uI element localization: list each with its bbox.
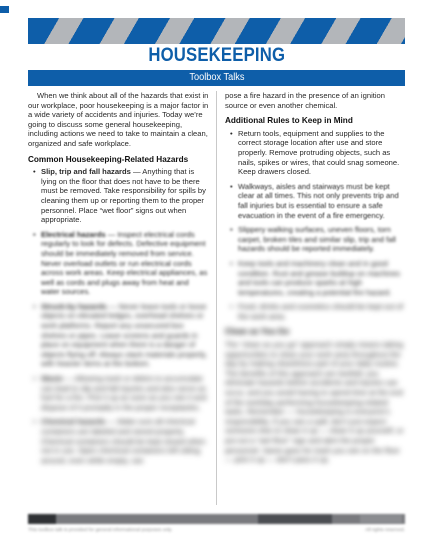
page-title-text: HOUSEKEEPING bbox=[148, 45, 285, 67]
hazard-bullet-item: Chemical hazards — Make sure all chemica… bbox=[28, 417, 209, 465]
hazard-bullet-item: Slip, trip and fall hazards — Anything t… bbox=[28, 167, 209, 225]
closing-paragraph: The “clean as you go” approach simply me… bbox=[225, 340, 405, 465]
footer-bar-main-segment bbox=[56, 514, 405, 524]
subtitle-bar: Toolbox Talks bbox=[28, 70, 405, 86]
bullet-body-text: Keep tools and machinery clean and in go… bbox=[238, 259, 400, 297]
bullet-body-text: — Never leave tools or loose objects on … bbox=[41, 302, 207, 369]
hazard-bullet-item: Electrical hazards — Inspect electrical … bbox=[28, 230, 209, 297]
bullet-lead-label: Waste bbox=[41, 374, 63, 383]
section-heading-additional-rules: Additional Rules to Keep in Mind bbox=[225, 116, 405, 126]
intro-paragraph: When we think about all of the hazards t… bbox=[28, 91, 209, 149]
corner-accent-mark bbox=[0, 6, 9, 13]
body-columns: When we think about all of the hazards t… bbox=[28, 91, 405, 505]
rule-bullet-item: Keep tools and machinery clean and in go… bbox=[225, 259, 405, 297]
left-column: When we think about all of the hazards t… bbox=[28, 91, 216, 470]
bullet-body-text: Walkways, aisles and stairways must be k… bbox=[238, 182, 399, 220]
page-title: HOUSEKEEPING bbox=[0, 45, 433, 67]
hazard-bullet-list: Slip, trip and fall hazards — Anything t… bbox=[28, 167, 209, 465]
subtitle-text: Toolbox Talks bbox=[189, 70, 244, 86]
rule-bullet-item: Walkways, aisles and stairways must be k… bbox=[225, 182, 405, 220]
continuation-paragraph: pose a fire hazard in the presence of an… bbox=[225, 91, 405, 110]
hazard-bullet-item: Struck-by hazards — Never leave tools or… bbox=[28, 302, 209, 369]
bullet-lead-label: Chemical hazards bbox=[41, 417, 106, 426]
page-footer: This toolbox talk is provided for genera… bbox=[28, 514, 405, 534]
diagonal-stripe-banner bbox=[28, 18, 405, 44]
section-heading-common-hazards: Common Housekeeping-Related Hazards bbox=[28, 155, 209, 165]
rules-bullet-list: Return tools, equipment and supplies to … bbox=[225, 129, 405, 322]
footer-note-left: This toolbox talk is provided for genera… bbox=[28, 528, 172, 534]
bullet-body-text: Return tools, equipment and supplies to … bbox=[238, 129, 399, 176]
rule-bullet-item: Food, drinks and cosmetics should be kep… bbox=[225, 302, 405, 321]
section-heading-clean-as-you-go: Clean as You Go bbox=[225, 327, 405, 337]
hazard-bullet-item: Waste — Allowing trash or debris to accu… bbox=[28, 374, 209, 412]
right-column: pose a fire hazard in the presence of an… bbox=[216, 91, 405, 505]
footer-note-right: All rights reserved. bbox=[365, 528, 405, 534]
footer-bar-dark-segment bbox=[28, 514, 56, 524]
footer-bar-light-mark bbox=[360, 515, 402, 523]
bullet-body-text: — Allowing trash or debris to accumulate… bbox=[41, 374, 206, 412]
bullet-lead-label: Electrical hazards bbox=[41, 230, 106, 239]
footer-bar-logo-mark bbox=[258, 514, 331, 524]
bullet-body-text: Food, drinks and cosmetics should be kep… bbox=[238, 302, 403, 321]
rule-bullet-item: Slippery walking surfaces, uneven floors… bbox=[225, 225, 405, 254]
footer-bar bbox=[28, 514, 405, 524]
document-page: HOUSEKEEPING Toolbox Talks When we think… bbox=[0, 0, 433, 560]
bullet-lead-label: Struck-by hazards bbox=[41, 302, 107, 311]
bullet-body-text: Slippery walking surfaces, uneven floors… bbox=[238, 225, 396, 253]
footer-notes: This toolbox talk is provided for genera… bbox=[28, 528, 405, 534]
rule-bullet-item: Return tools, equipment and supplies to … bbox=[225, 129, 405, 177]
bullet-lead-label: Slip, trip and fall hazards bbox=[41, 167, 131, 176]
bullet-body-text: — Inspect electrical cords regularly to … bbox=[41, 230, 207, 297]
